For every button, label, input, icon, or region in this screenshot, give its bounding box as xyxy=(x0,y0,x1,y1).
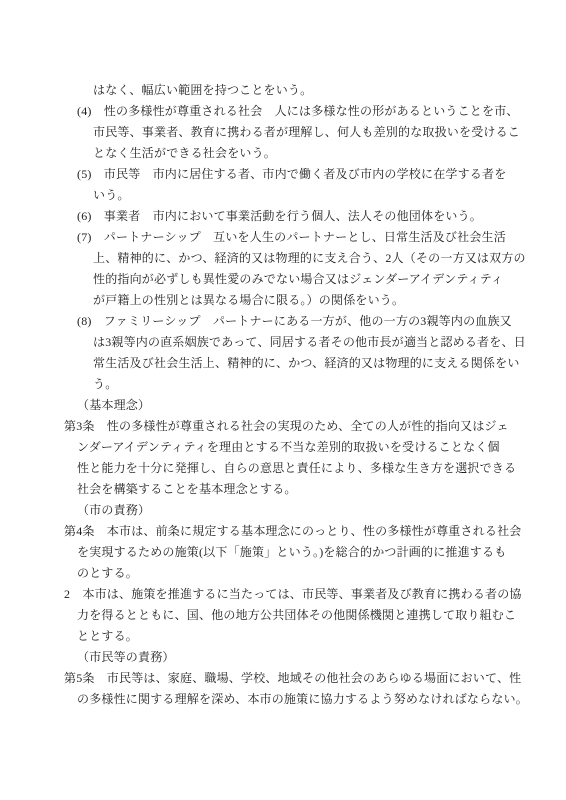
document-line: が戸籍上の性別とは異なる場合に限る。）の関係をいう。 xyxy=(64,290,508,311)
document-line: の多様性に関する理解を深め、本市の施策に協力するよう努めなければならない。 xyxy=(64,689,508,710)
document-line: 市民等、事業者、教育に携わる者が理解し、何人も差別的な取扱いを受けるこ xyxy=(64,122,508,143)
document-line: いう。 xyxy=(64,185,508,206)
document-line: (4) 性の多様性が尊重される社会 人には多様な性の形があるということを市、 xyxy=(64,101,508,122)
document-body: はなく、幅広い範囲を持つことをいう。(4) 性の多様性が尊重される社会 人には多… xyxy=(64,80,508,710)
document-line: 性と能力を十分に発揮し、自らの意思と責任により、多様な生き方を選択できる xyxy=(64,458,508,479)
document-line: 2 本市は、施策を推進するに当たっては、市民等、事業者及び教育に携わる者の協 xyxy=(64,584,508,605)
document-line: （基本理念） xyxy=(64,395,508,416)
document-line: のとする。 xyxy=(64,563,508,584)
document-line: はなく、幅広い範囲を持つことをいう。 xyxy=(64,80,508,101)
document-line: 上、精神的に、かつ、経済的又は物理的に支え合う、2人（その一方又は双方の xyxy=(64,248,508,269)
document-line: ととする。 xyxy=(64,626,508,647)
document-line: (6) 事業者 市内において事業活動を行う個人、法人その他団体をいう。 xyxy=(64,206,508,227)
document-line: （市の責務） xyxy=(64,500,508,521)
document-line: (8) ファミリーシップ パートナーにある一方が、他の一方の3親等内の血族又 xyxy=(64,311,508,332)
document-line: 力を得るとともに、国、他の地方公共団体その他関係機関と連携して取り組むこ xyxy=(64,605,508,626)
document-line: 第4条 本市は、前条に規定する基本理念にのっとり、性の多様性が尊重される社会 xyxy=(64,521,508,542)
document-line: (7) パートナーシップ 互いを人生のパートナーとし、日常生活及び社会生活 xyxy=(64,227,508,248)
document-page: はなく、幅広い範囲を持つことをいう。(4) 性の多様性が尊重される社会 人には多… xyxy=(0,0,566,800)
document-line: 第3条 性の多様性が尊重される社会の実現のため、全ての人が性的指向又はジェ xyxy=(64,416,508,437)
document-line: を実現するための施策(以下「施策」という。)を総合的かつ計画的に推進するも xyxy=(64,542,508,563)
document-line: ンダーアイデンティティを理由とする不当な差別的取扱いを受けることなく個 xyxy=(64,437,508,458)
document-line: （市民等の責務） xyxy=(64,647,508,668)
document-line: う。 xyxy=(64,374,508,395)
document-line: 性的指向が必ずしも異性愛のみでない場合又はジェンダーアイデンティティ xyxy=(64,269,508,290)
document-line: (5) 市民等 市内に居住する者、市内で働く者及び市内の学校に在学する者を xyxy=(64,164,508,185)
document-line: となく生活ができる社会をいう。 xyxy=(64,143,508,164)
document-line: 常生活及び社会生活上、精神的に、かつ、経済的又は物理的に支える関係をい xyxy=(64,353,508,374)
document-line: 第5条 市民等は、家庭、職場、学校、地域その他社会のあらゆる場面において、性 xyxy=(64,668,508,689)
document-line: は3親等内の直系姻族であって、同居する者その他市長が適当と認める者を、日 xyxy=(64,332,508,353)
document-line: 社会を構築することを基本理念とする。 xyxy=(64,479,508,500)
